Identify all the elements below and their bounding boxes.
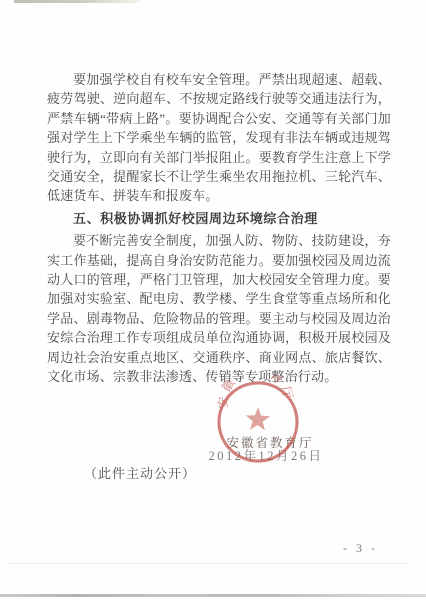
paragraph-vehicle-safety: 要加强学校自有校车安全管理。严禁出现超速、超载、疲劳驾驶、逆向超车、不按规定路线… <box>47 70 391 206</box>
scan-artifact-top <box>14 0 140 3</box>
scan-artifact-faint-line <box>10 563 410 564</box>
document-page: 要加强学校自有校车安全管理。严禁出现超速、超载、疲劳驾驶、逆向超车、不按规定路线… <box>0 0 426 600</box>
paragraph-environment: 要不断完善安全制度，加强人防、物防、技防建设，夯实工作基础，提高自身治安防范能力… <box>47 231 391 386</box>
scan-artifact-bottom <box>0 594 426 597</box>
page-number: - 3 - <box>343 541 378 556</box>
seal-star-icon <box>245 407 270 431</box>
document-date: 2012年12月26日 <box>196 446 336 464</box>
section-heading: 五、积极协调抓好校园周边环境综合治理 <box>47 209 391 228</box>
disclosure-note: （此件主动公开） <box>84 463 196 482</box>
document-body: 要加强学校自有校车安全管理。严禁出现超速、超载、疲劳驾驶、逆向超车、不按规定路线… <box>47 70 391 387</box>
